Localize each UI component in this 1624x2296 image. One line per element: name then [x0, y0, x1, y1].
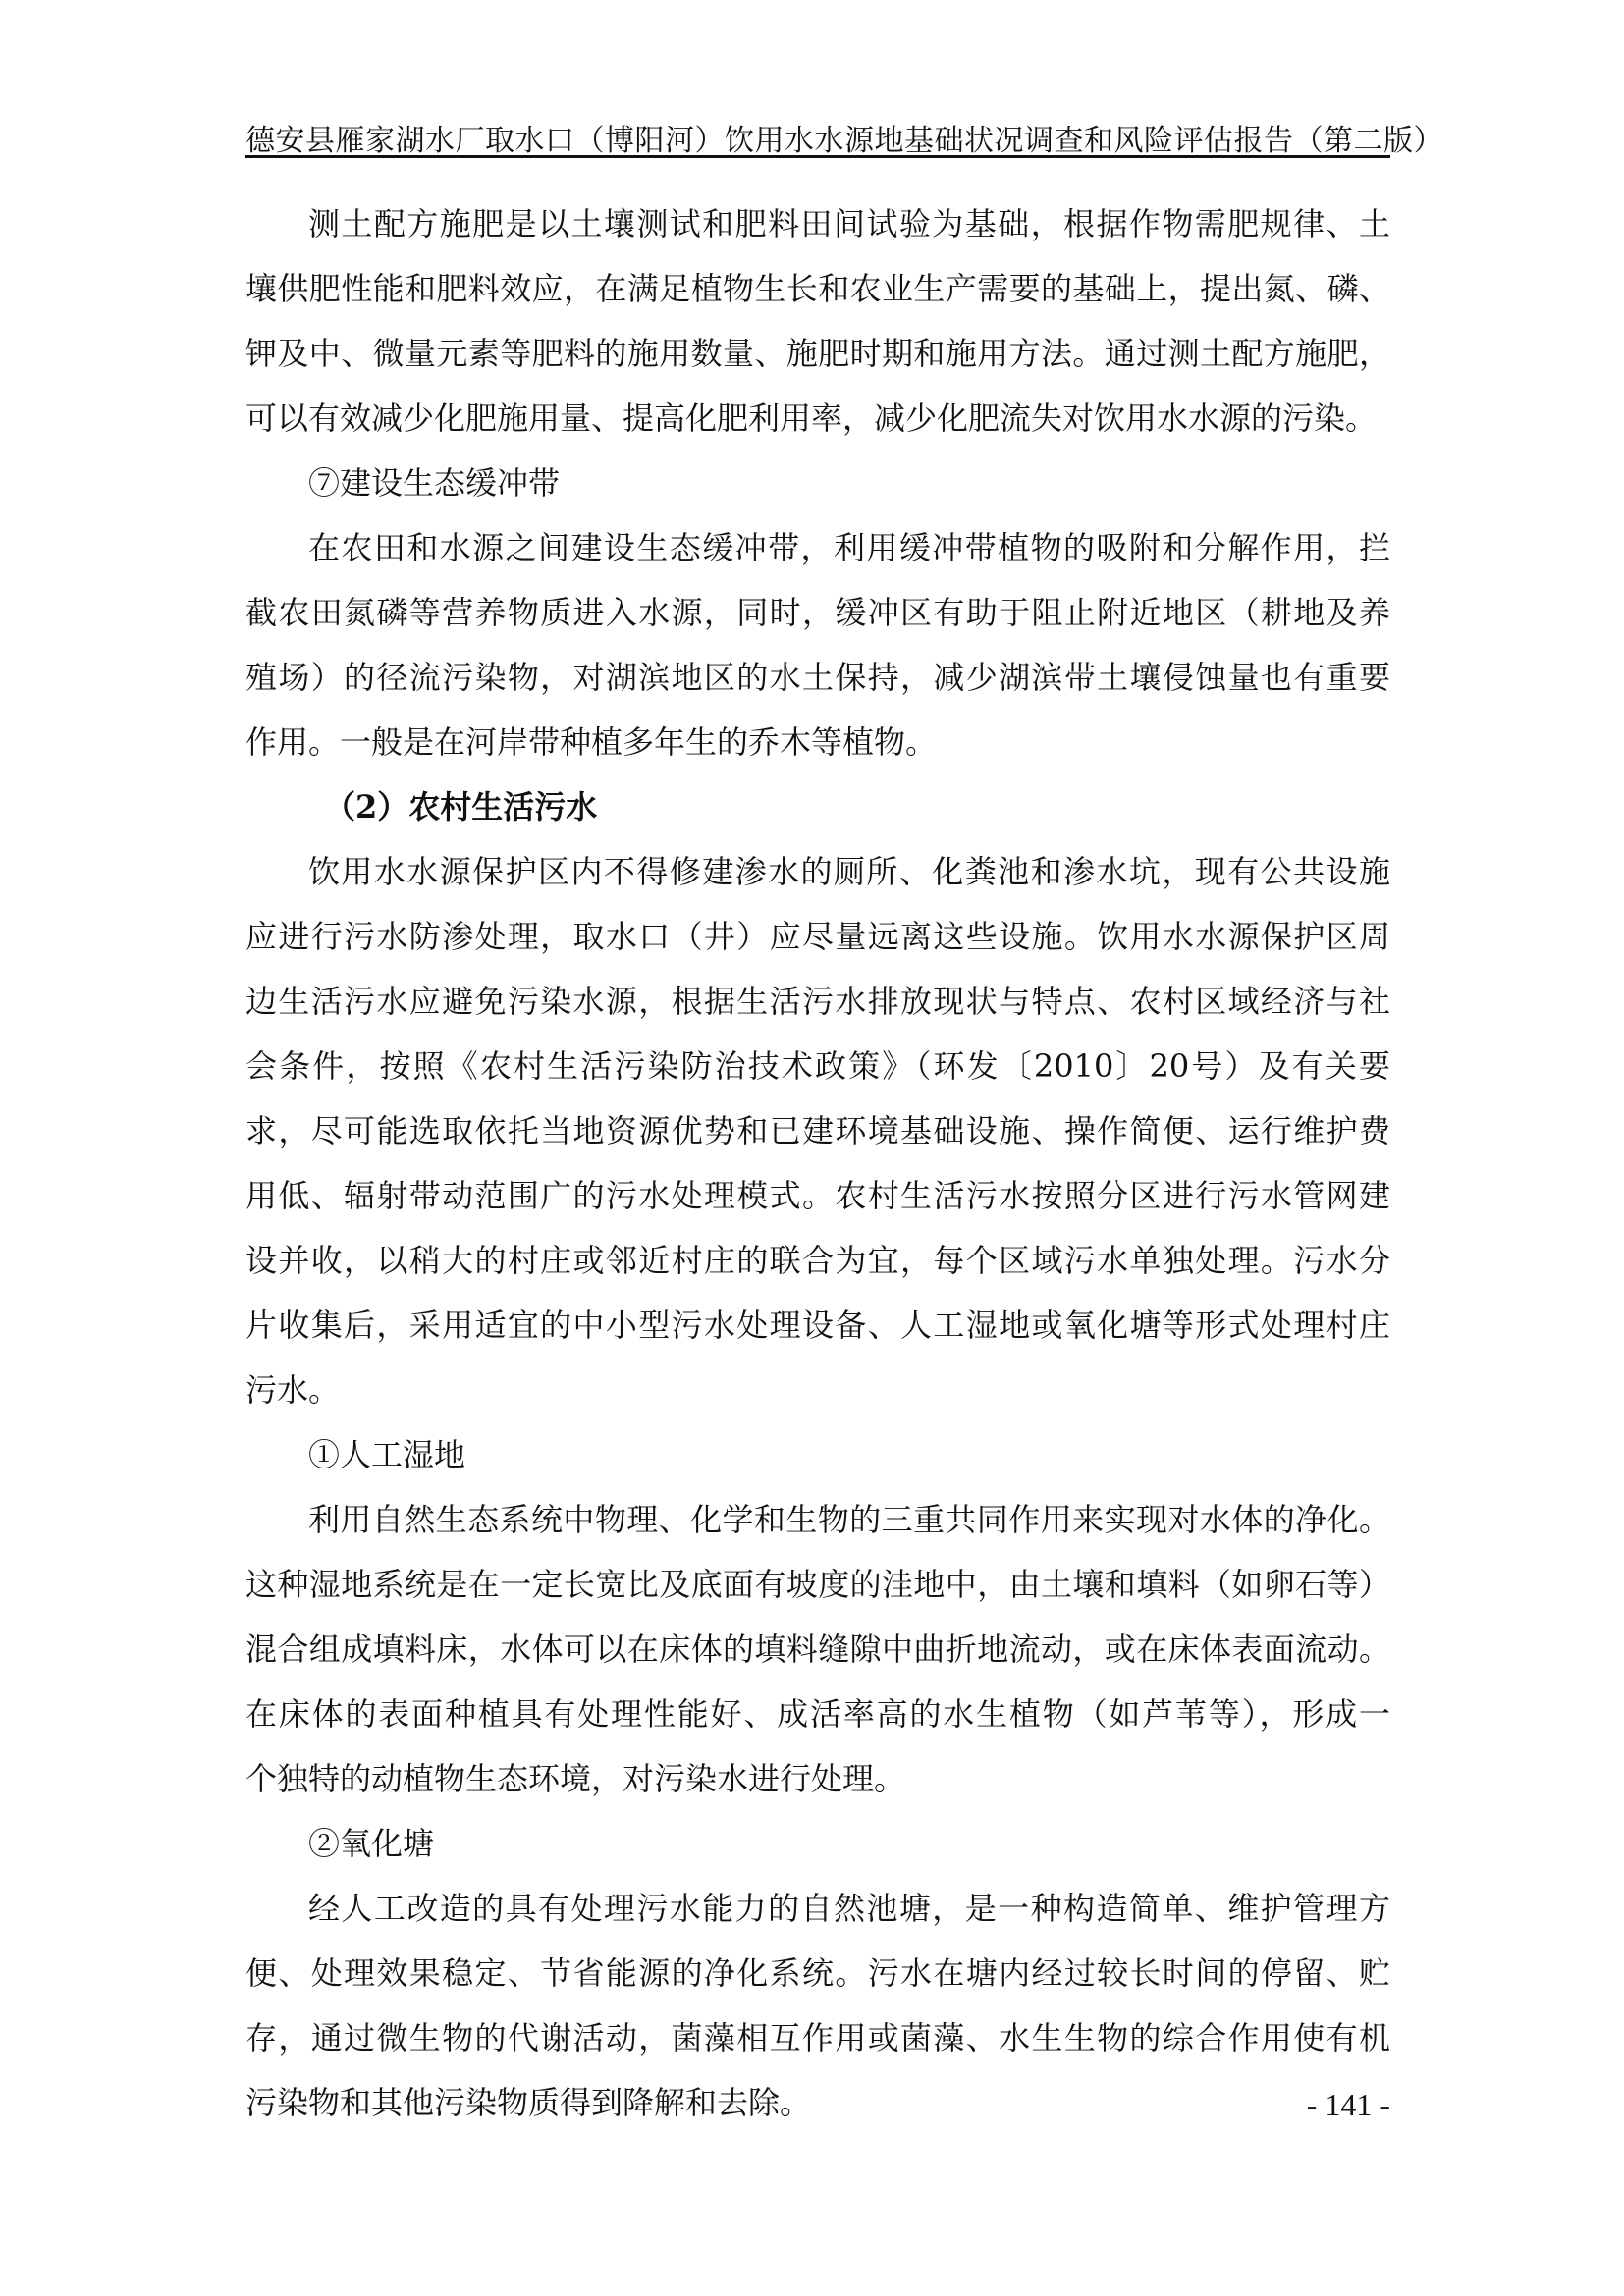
list-item-title: ①人工湿地 [245, 1422, 1390, 1487]
text-line: 存，通过微生物的代谢活动，菌藻相互作用或菌藻、水生生物的综合作用使有机 [245, 2005, 1390, 2070]
text-line: 钾及中、微量元素等肥料的施用数量、施肥时期和施用方法。通过测土配方施肥， [245, 321, 1390, 386]
list-item-title: ⑦建设生态缓冲带 [245, 451, 1390, 515]
text-line: 污水。 [245, 1358, 1390, 1422]
text-line: 会条件，按照《农村生活污染防治技术政策》（环发〔2010〕20号）及有关要 [245, 1034, 1390, 1098]
page-number: - 141 - [1307, 2087, 1390, 2123]
text-line: 这种湿地系统是在一定长宽比及底面有坡度的洼地中，由土壤和填料（如卵石等） [245, 1552, 1390, 1617]
text-line: 截农田氮磷等营养物质进入水源，同时，缓冲区有助于阻止附近地区（耕地及养 [245, 580, 1390, 645]
text-line: 污染物和其他污染物质得到降解和去除。 [245, 2070, 1390, 2135]
text-line: 在床体的表面种植具有处理性能好、成活率高的水生植物（如芦苇等），形成一 [245, 1682, 1390, 1746]
text-line: 利用自然生态系统中物理、化学和生物的三重共同作用来实现对水体的净化。 [245, 1487, 1390, 1552]
list-item-title: ②氧化塘 [245, 1811, 1390, 1876]
text-line: 用低、辐射带动范围广的污水处理模式。农村生活污水按照分区进行污水管网建 [245, 1163, 1390, 1228]
text-line: 在农田和水源之间建设生态缓冲带，利用缓冲带植物的吸附和分解作用，拦 [245, 515, 1390, 580]
text-line: 作用。一般是在河岸带种植多年生的乔木等植物。 [245, 710, 1390, 774]
text-line: 可以有效减少化肥施用量、提高化肥利用率，减少化肥流失对饮用水水源的污染。 [245, 386, 1390, 451]
text-line: 经人工改造的具有处理污水能力的自然池塘，是一种构造简单、维护管理方 [245, 1876, 1390, 1941]
running-header: 德安县雁家湖水厂取水口（博阳河）饮用水水源地基础状况调查和风险评估报告（第二版） [245, 116, 1390, 159]
text-line: 测土配方施肥是以土壤测试和肥料田间试验为基础，根据作物需肥规律、土 [245, 191, 1390, 256]
paragraph: 在农田和水源之间建设生态缓冲带，利用缓冲带植物的吸附和分解作用，拦截农田氮磷等营… [245, 515, 1390, 774]
text-line: 片收集后，采用适宜的中小型污水处理设备、人工湿地或氧化塘等形式处理村庄 [245, 1293, 1390, 1358]
text-line: 求，尽可能选取依托当地资源优势和已建环境基础设施、操作简便、运行维护费 [245, 1098, 1390, 1163]
section-heading: （2）农村生活污水 [245, 774, 1390, 839]
text-line: 饮用水水源保护区内不得修建渗水的厕所、化粪池和渗水坑，现有公共设施 [245, 839, 1390, 904]
document-body: 测土配方施肥是以土壤测试和肥料田间试验为基础，根据作物需肥规律、土壤供肥性能和肥… [245, 191, 1390, 2135]
text-line: 应进行污水防渗处理，取水口（井）应尽量远离这些设施。饮用水水源保护区周 [245, 904, 1390, 969]
paragraph: 饮用水水源保护区内不得修建渗水的厕所、化粪池和渗水坑，现有公共设施应进行污水防渗… [245, 839, 1390, 1422]
text-line: 便、处理效果稳定、节省能源的净化系统。污水在塘内经过较长时间的停留、贮 [245, 1941, 1390, 2005]
paragraph: 测土配方施肥是以土壤测试和肥料田间试验为基础，根据作物需肥规律、土壤供肥性能和肥… [245, 191, 1390, 451]
paragraph: 利用自然生态系统中物理、化学和生物的三重共同作用来实现对水体的净化。这种湿地系统… [245, 1487, 1390, 1811]
text-line: 壤供肥性能和肥料效应，在满足植物生长和农业生产需要的基础上，提出氮、磷、 [245, 256, 1390, 321]
text-line: 殖场）的径流污染物，对湖滨地区的水土保持，减少湖滨带土壤侵蚀量也有重要 [245, 645, 1390, 710]
header-divider [245, 155, 1390, 158]
text-line: 混合组成填料床，水体可以在床体的填料缝隙中曲折地流动，或在床体表面流动。 [245, 1617, 1390, 1682]
text-line: 个独特的动植物生态环境，对污染水进行处理。 [245, 1746, 1390, 1811]
paragraph: 经人工改造的具有处理污水能力的自然池塘，是一种构造简单、维护管理方便、处理效果稳… [245, 1876, 1390, 2135]
text-line: 设并收，以稍大的村庄或邻近村庄的联合为宜，每个区域污水单独处理。污水分 [245, 1228, 1390, 1293]
text-line: 边生活污水应避免污染水源，根据生活污水排放现状与特点、农村区域经济与社 [245, 969, 1390, 1034]
